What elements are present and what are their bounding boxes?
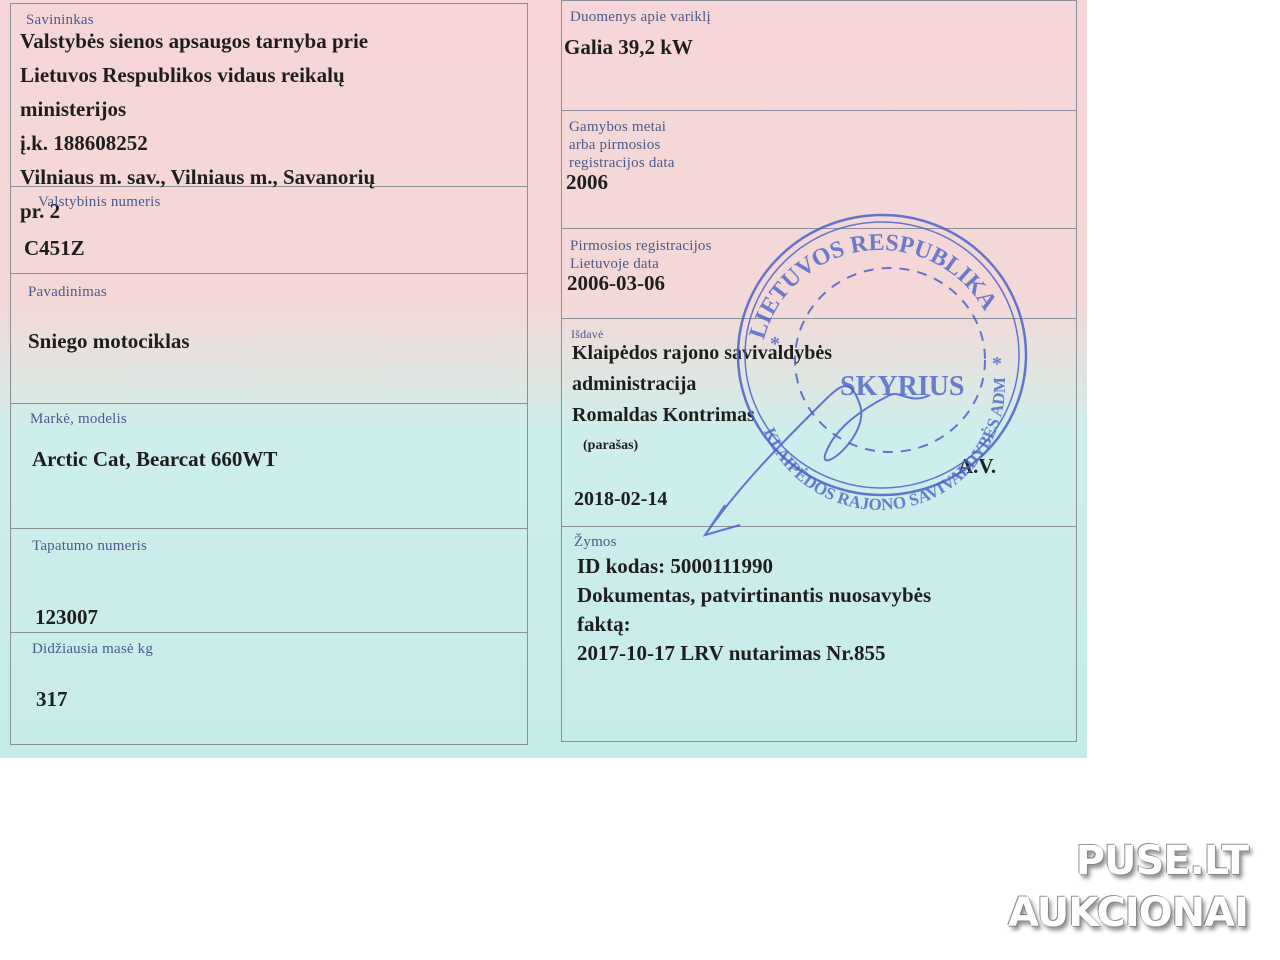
divider <box>561 110 1077 111</box>
owner-line: Vilniaus m. sav., Vilniaus m., Savanorių <box>20 160 520 194</box>
divider <box>10 273 528 274</box>
manufacture-year-label: Gamybos metai arba pirmosios registracij… <box>569 118 675 172</box>
owner-line: ministerijos <box>20 92 520 126</box>
owner-line: į.k. 188608252 <box>20 126 520 160</box>
divider <box>10 632 528 633</box>
remarks-value: ID kodas: 5000111990 Dokumentas, patvirt… <box>577 552 931 668</box>
owner-line: Valstybės sienos apsaugos tarnyba prie <box>20 24 520 58</box>
svg-text:*: * <box>992 353 1002 375</box>
plate-number-label: Valstybinis numeris <box>38 194 161 211</box>
plate-number-value: C451Z <box>24 237 85 260</box>
site-watermark: PUSE.LT AUKCIONAI <box>1008 835 1248 939</box>
identity-number-label: Tapatumo numeris <box>32 538 147 555</box>
engine-data-label: Duomenys apie variklį <box>570 9 711 26</box>
vehicle-name-label: Pavadinimas <box>28 284 107 301</box>
issue-date-value: 2018-02-14 <box>574 488 667 511</box>
label-line: Pirmosios registracijos <box>570 237 712 255</box>
stamp-text-top: LIETUVOS RESPUBLIKA <box>745 230 1003 342</box>
owner-line: Lietuvos Respublikos vidaus reikalų <box>20 58 520 92</box>
divider <box>10 403 528 404</box>
identity-number-value: 123007 <box>35 606 98 629</box>
make-model-value: Arctic Cat, Bearcat 660WT <box>32 448 277 471</box>
remarks-line: ID kodas: 5000111990 <box>577 552 931 581</box>
svg-text:*: * <box>770 333 780 355</box>
make-model-label: Markė, modelis <box>30 411 127 428</box>
max-mass-value: 317 <box>36 688 68 711</box>
max-mass-label: Didžiausia masė kg <box>32 641 153 658</box>
official-stamp: LIETUVOS RESPUBLIKA KLAIPĖDOS RAJONO SAV… <box>700 195 1060 545</box>
manufacture-year-value: 2006 <box>566 171 608 194</box>
remarks-line: 2017-10-17 LRV nutarimas Nr.855 <box>577 639 931 668</box>
label-line: arba pirmosios <box>569 136 675 154</box>
remarks-label: Žymos <box>574 534 617 551</box>
svg-text:SKYRIUS: SKYRIUS <box>840 371 964 402</box>
signature-label: (parašas) <box>583 434 638 457</box>
remarks-line: faktą: <box>577 610 931 639</box>
watermark-line: AUKCIONAI <box>1008 887 1248 939</box>
remarks-line: Dokumentas, patvirtinantis nuosavybės <box>577 581 931 610</box>
first-registration-value: 2006-03-06 <box>567 272 665 295</box>
watermark-line: PUSE.LT <box>1008 835 1248 887</box>
registration-certificate: Savininkas Valstybės sienos apsaugos tar… <box>0 0 1087 758</box>
label-line: Gamybos metai <box>569 118 675 136</box>
vehicle-name-value: Sniego motociklas <box>28 330 190 353</box>
divider <box>10 528 528 529</box>
engine-data-value: Galia 39,2 kW <box>564 36 693 59</box>
first-registration-label: Pirmosios registracijos Lietuvoje data <box>570 237 712 273</box>
